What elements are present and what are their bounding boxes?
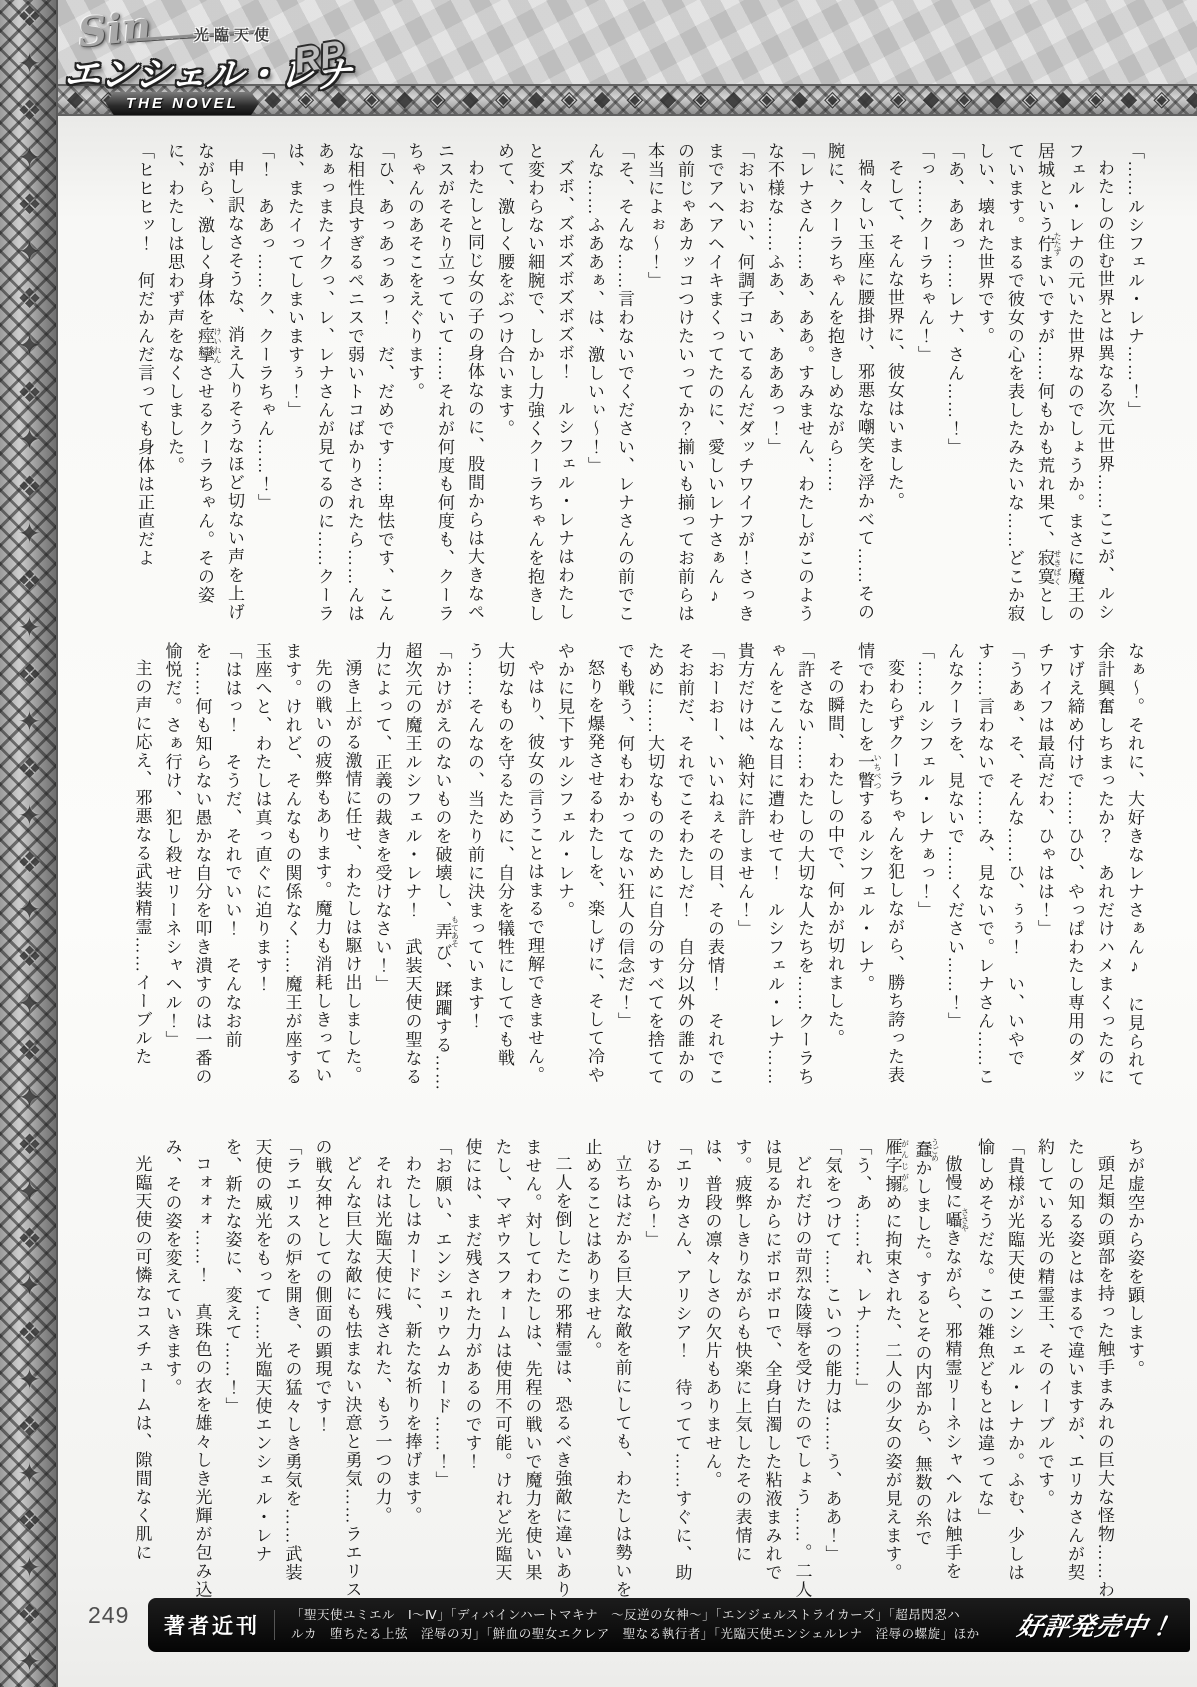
on-sale-now-promo: 好評発売中！ xyxy=(1015,1607,1177,1643)
paragraph-narration: そして、そんな世界に、彼女はいました。 xyxy=(879,142,909,628)
series-logo: Sin 光臨天使 エンシェル・レナ RP THE NOVEL xyxy=(58,0,358,126)
novel-page: ◈◆◈◆◈◆◈◆◈◆◈◆◈◆◈◆◈◆◈◆◈◆◈◆◈◆◈◆◈◆◈◆◈◆◈◆◈◆◈◆… xyxy=(0,0,1197,1687)
paragraph-narration: それは光臨天使に残された、もう一つの力。 xyxy=(367,1138,397,1600)
logo-mark: RP xyxy=(291,32,348,82)
paragraph-narration: コォォォ……！ 真珠色の衣を雄々しき光輝が包み込み、その姿を変えていきます。 xyxy=(157,1138,217,1600)
novel-text-block-middle: なぁ～。それに、大好きなレナさぁん♪ に見られて余計興奮しちまったか？ あれだけ… xyxy=(66,642,1149,1100)
footer-bar: 著者近刊 「聖天使ユミエル Ⅰ～Ⅳ」「ディバインハートマキナ ～反逆の女神～」「… xyxy=(148,1598,1190,1652)
logo-the-novel-banner: THE NOVEL xyxy=(106,92,259,115)
paragraph-narration: 湧き上がる激情に任せ、わたしは駆け出しました。 xyxy=(337,642,367,1100)
paragraph-narration: 申し訳なさそうな、消え入りそうなほど切ない声を上げながら、激しく身体を痙攣けいれ… xyxy=(159,142,249,628)
paragraph-continuation: ちが虚空から姿を顕します。 xyxy=(1119,1138,1149,1600)
paragraph-dialogue: 「ははっ！ そうだ、それでいい！ そんなお前を……何も知らない愚かな自分を叩き潰… xyxy=(157,642,247,1100)
novel-text-block-bottom: ちが虚空から姿を顕します。頭足類の頭部を持った触手まみれの巨大な怪物……わたしの… xyxy=(66,1138,1149,1600)
paragraph-narration: 立ちはだかる巨大な敵を前にしても、わたしは勢いを止めることはありません。 xyxy=(577,1138,637,1600)
logo-kanji-subtitle: 光臨天使 xyxy=(194,24,274,45)
paragraph-narration: 光臨天使の可憐なコスチュームは、隙間なく肌に xyxy=(127,1138,157,1600)
works-list: 「聖天使ユミエル Ⅰ～Ⅳ」「ディバインハートマキナ ～反逆の女神～」「エンジェル… xyxy=(291,1606,980,1645)
paragraph-dialogue: 「許さない……わたしの大切な人たちを……クーラちゃんをこんな目に遭わせて！ ルシ… xyxy=(729,642,819,1100)
paragraph-dialogue: 「！ ああっ……ク、クーラちゃん……！」 xyxy=(249,142,279,628)
paragraph-dialogue: 「ラエリスの炉を開き、その猛々しき勇気を……武装天使の威光をもって……光臨天使エ… xyxy=(217,1138,307,1600)
paragraph-dialogue: 「そ、そんな……言わないでください、レナさんの前でこんな……ふああぁ、は、激しい… xyxy=(579,142,639,628)
works-list-line1: 「聖天使ユミエル Ⅰ～Ⅳ」「ディバインハートマキナ ～反逆の女神～」「エンジェル… xyxy=(291,1608,960,1622)
paragraph-narration: 頭足類の頭部を持った触手まみれの巨大な怪物……わたしの知る姿とはまるで違いますが… xyxy=(1029,1138,1119,1600)
paragraph-dialogue: 「ヒヒヒッ！ 何だかんだ言っても身体は正直だよ xyxy=(129,142,159,628)
paragraph-narration: 二人を倒したこの邪精霊は、恐るべき強敵に違いありません。対してわたしは、先程の戦… xyxy=(457,1138,577,1600)
paragraph-dialogue: 「っ……クーラちゃん！」 xyxy=(909,142,939,628)
paragraph-dialogue: 「ひ、あっあっあっ！ だ、だめです……卑怯です、こんな相性良すぎるペニスで弱いト… xyxy=(279,142,399,628)
works-list-line2: ルカ 堕ちたる上弦 淫辱の刃」「鮮血の聖女エクレア 聖なる執行者」「光臨天使エン… xyxy=(291,1627,980,1641)
paragraph-dialogue: 「……ルシフェル・レナぁっ！」 xyxy=(909,642,939,1100)
novel-text-block-top: 「……ルシフェル・レナ……！」わたしの住む世界とは異なる次元世界……ここが、ルシ… xyxy=(66,142,1149,628)
paragraph-narration: わたしの住む世界とは異なる次元世界……ここが、ルシフェル・レナの元いた世界なので… xyxy=(969,142,1119,628)
paragraph-narration: ズボ、ズボズボズボズボ！ ルシフェル・レナはわたしと変わらない細腕で、しかし力強… xyxy=(489,142,579,628)
paragraph-narration: 禍々しい玉座に腰掛け、邪悪な嘲笑を浮かべて……その腕に、クーラちゃんを抱きしめな… xyxy=(819,142,879,628)
paragraph-dialogue: 「レナさん……あ、ああ。すみません、わたしがこのような不様な……ふあ、あ、あああ… xyxy=(759,142,819,628)
paragraph-narration: どんな巨大な敵にも怯まない決意と勇気……ラエリスの戦女神としての側面の顕現です！ xyxy=(307,1138,367,1600)
paragraph-dialogue: 「……ルシフェル・レナ……！」 xyxy=(1119,142,1149,628)
paragraph-dialogue: 「気をつけて……こいつの能力は……う、ああ！」 xyxy=(817,1138,847,1600)
left-border-ornament: ❖✦❖✦❖✦❖✦❖✦❖✦❖✦❖✦❖✦❖✦❖✦❖✦❖✦❖✦❖✦❖✦❖✦❖✦❖✦❖✦… xyxy=(0,0,56,1687)
paragraph-dialogue: 「かけがえのないものを破壊し、弄もてあそび、蹂躙する……超次元の魔王ルシフェル・… xyxy=(367,642,460,1100)
paragraph-narration: 怒りを爆発させるわたしを、楽しげに、そして冷ややかに見下すルシフェル・レナ。 xyxy=(549,642,609,1100)
paragraph-narration: 主の声に応え、邪悪なる武装精霊……イーブルた xyxy=(127,642,157,1100)
paragraph-narration: わたしと同じ女の子の身体なのに、股間からは大きなペニスがそそり立っていて……それ… xyxy=(399,142,489,628)
paragraph-narration: やはり、彼女の言うことはまるで理解できません。大切なものを守るために、自分を犠牲… xyxy=(459,642,549,1100)
paragraph-narration: その瞬間、わたしの中で、何かが切れました。 xyxy=(819,642,849,1100)
paragraph-narration: どれだけの苛烈な陵辱を受けたのでしょう……。二人は見るからにボロボロで、全身白濁… xyxy=(697,1138,817,1600)
paragraph-dialogue: 「エリカさん、アリシア！ 待ってて……すぐに、助けるから！」 xyxy=(637,1138,697,1600)
author-recent-works-label: 著者近刊 xyxy=(164,1610,275,1640)
paragraph-dialogue: 「う、あ……れ、レナ………」 xyxy=(847,1138,877,1600)
paragraph-dialogue: 「貴様が光臨天使エンシェル・レナか。ふむ、少しは愉しめそうだな。この雑魚どもとは… xyxy=(969,1138,1029,1600)
page-number: 249 xyxy=(88,1602,129,1629)
paragraph-narration: 先の戦いの疲弊もあります。魔力も消耗しきっています。けれど、そんなもの関係なく…… xyxy=(247,642,337,1100)
paragraph-continuation: なぁ～。それに、大好きなレナさぁん♪ に見られて余計興奮しちまったか？ あれだけ… xyxy=(1029,642,1149,1100)
paragraph-dialogue: 「うあぁ、そ、そんな……ひ、ぅぅ！ い、いやです……言わないで……み、見ないで。… xyxy=(939,642,1029,1100)
paragraph-dialogue: 「おーおー、いいねぇその目、その表情！ それでこそお前だ、それでこそわたしだ！ … xyxy=(609,642,729,1100)
paragraph-narration: 変わらずクーラちゃんを犯しながら、勝ち誇った表情でわたしを一瞥いちべつするルシフ… xyxy=(849,642,909,1100)
paragraph-narration: わたしはカードに、新たな祈りを捧げます。 xyxy=(397,1138,427,1600)
paragraph-dialogue: 「あ、ああっ……レナ、さん……！」 xyxy=(939,142,969,628)
paragraph-dialogue: 「おいおい、何調子コいてるんだダッチワイフが！さっきまでアヘアヘイキまくってたの… xyxy=(639,142,759,628)
left-ornate-border: ❖✦❖✦❖✦❖✦❖✦❖✦❖✦❖✦❖✦❖✦❖✦❖✦❖✦❖✦❖✦❖✦❖✦❖✦❖✦❖✦… xyxy=(0,0,58,1687)
paragraph-dialogue: 「お願い、エンシェリウムカード……！」 xyxy=(427,1138,457,1600)
paragraph-narration: 傲慢に囁ささやきながら、邪精霊リーネシャヘルは触手を蠢うごめかしました。するとそ… xyxy=(877,1138,970,1600)
